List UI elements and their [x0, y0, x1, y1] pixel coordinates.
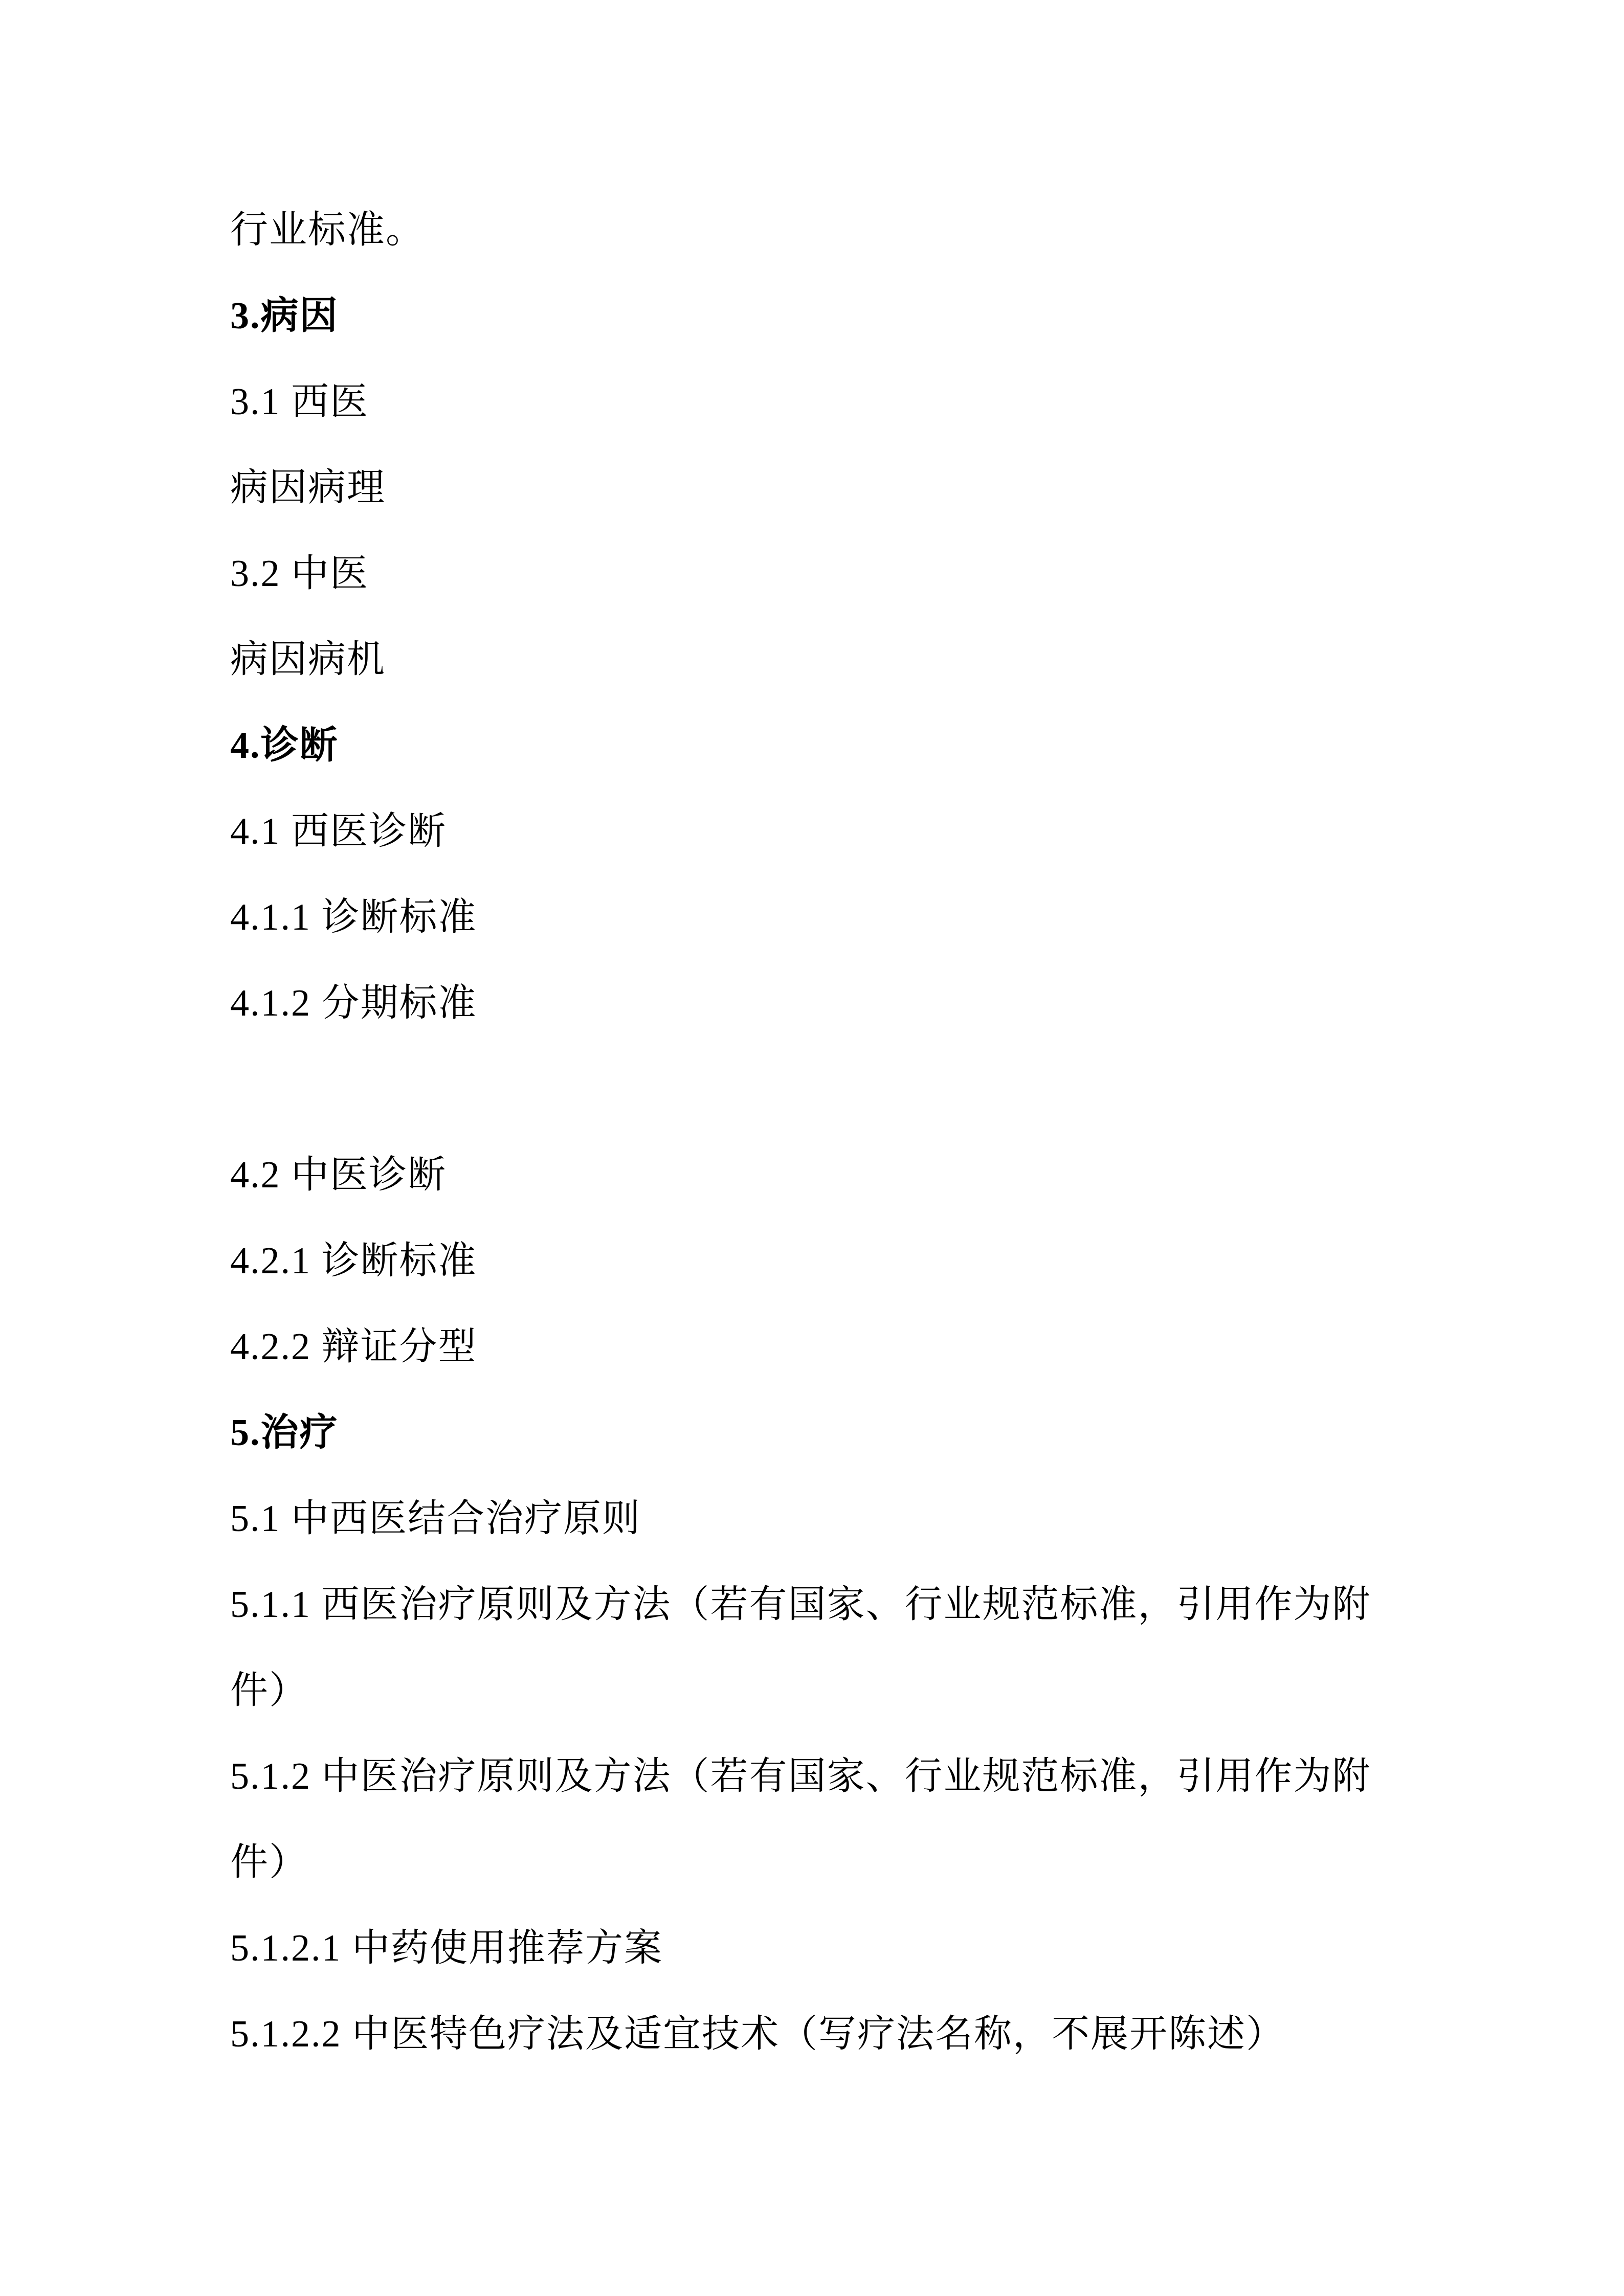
document-line: 4.1.1 诊断标准 [230, 874, 1425, 960]
blank-line [230, 1046, 1425, 1132]
document-line: 4.2 中医诊断 [230, 1132, 1425, 1218]
document-line: 件） [230, 1648, 1425, 1734]
document-line: 病因病理 [230, 445, 1425, 531]
document-line: 4.2.2 辩证分型 [230, 1304, 1425, 1390]
document-line: 件） [230, 1819, 1425, 1905]
document-line: 5.治疗 [230, 1390, 1425, 1476]
document-line: 4.2.1 诊断标准 [230, 1218, 1425, 1304]
document-line: 5.1.2.2 中医特色疗法及适宜技术（写疗法名称，不展开陈述） [230, 1991, 1425, 2077]
document-line: 5.1 中西医结合治疗原则 [230, 1476, 1425, 1562]
document-canvas: { "document": { "background": "#ffffff",… [0, 0, 1624, 2296]
document-line: 4.1 西医诊断 [230, 789, 1425, 874]
document-line: 4.1.2 分期标准 [230, 960, 1425, 1046]
document-line: 5.1.2 中医治疗原则及方法（若有国家、行业规范标准，引用作为附 [230, 1734, 1425, 1819]
document-line: 3.病因 [230, 273, 1425, 359]
document-line: 3.1 西医 [230, 359, 1425, 445]
document-line: 病因病机 [230, 617, 1425, 703]
document-line: 行业标准。 [230, 187, 1425, 273]
document-line: 3.2 中医 [230, 531, 1425, 617]
document-line: 4.诊断 [230, 703, 1425, 789]
document-line: 5.1.1 西医治疗原则及方法（若有国家、行业规范标准，引用作为附 [230, 1562, 1425, 1648]
document-line: 5.1.2.1 中药使用推荐方案 [230, 1905, 1425, 1991]
document-page: 行业标准。3.病因3.1 西医病因病理3.2 中医病因病机4.诊断4.1 西医诊… [230, 187, 1425, 2077]
